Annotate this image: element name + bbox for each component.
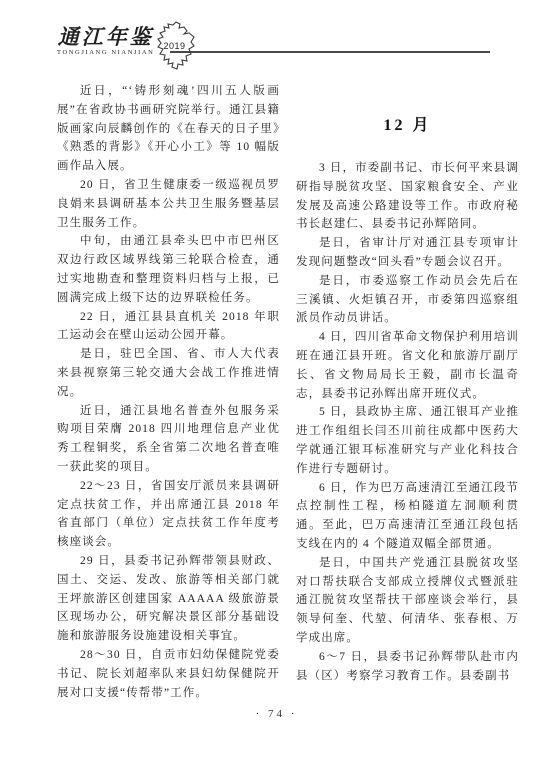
- yearbook-logo: 通江年鉴 TONGJIANG NIANJIAN 2019: [57, 26, 196, 71]
- county-map-outline-icon: 2019: [156, 21, 196, 71]
- paragraph: 近日，通江县地名普查外包服务采购项目荣膺 2018 四川地理信息产业优秀工程铜奖…: [57, 402, 280, 477]
- logo-text-block: 通江年鉴 TONGJIANG NIANJIAN: [57, 26, 154, 56]
- page-number: · 74 ·: [0, 708, 553, 720]
- paragraph: 28～30 日，自贡市妇幼保健院党委书记、院长刘超率队来县妇幼保健院开展对口支援…: [57, 646, 280, 702]
- paragraph: 6 日，作为巴万高速清江至通江段节点控制性工程，杨柏隧道左洞顺利贯通。至此，巴万…: [296, 479, 519, 554]
- paragraph: 22～23 日，省国安厅派员来县调研定点扶贫工作，并出席通江县 2018 年省直…: [57, 477, 280, 552]
- paragraph: 20 日，省卫生健康委一级巡视员罗良娟来县调研基本公共卫生服务暨基层卫生服务工作…: [57, 176, 280, 232]
- paragraph: 3 日，市委副书记、市长何平来县调研指导脱贫攻坚、国家粮食安全、产业发展及高速公…: [296, 159, 519, 234]
- paragraph: 近日，“‘铸形刻魂’四川五人版画展”在省政协书画研究院举行。通江县籍版画家向辰麟…: [57, 82, 280, 176]
- header-rule: [170, 51, 490, 53]
- paragraph: 中旬，由通江县牵头巴中市巴州区双边行政区域界线第三轮联合检查，通过实地勘查和整理…: [57, 232, 280, 307]
- yearbook-page: 通江年鉴 TONGJIANG NIANJIAN 2019 近日，“‘铸形刻魂’四…: [0, 0, 553, 778]
- paragraph: 4 日，四川省革命文物保护利用培训班在通江县开班。省文化和旅游厅副厅长、省文物局…: [296, 328, 519, 403]
- logo-subtitle: TONGJIANG NIANJIAN: [57, 49, 154, 56]
- paragraph: 29 日，县委书记孙辉带领县财政、国土、交运、发改、旅游等相关部门就王坪旅游区创…: [57, 552, 280, 646]
- paragraph: 是日，省审计厅对通江县专项审计发现问题整改“回头看”专题会议召开。: [296, 234, 519, 272]
- text-columns: 近日，“‘铸形刻魂’四川五人版画展”在省政协书画研究院举行。通江县籍版画家向辰麟…: [57, 82, 519, 702]
- right-column: 12 月 3 日，市委副书记、市长何平来县调研指导脱贫攻坚、国家粮食安全、产业发…: [296, 82, 519, 702]
- paragraph: 6～7 日，县委书记孙辉带队赴市内县（区）考察学习教育工作。县委副书: [296, 648, 519, 686]
- right-column-paragraphs: 3 日，市委副书记、市长何平来县调研指导脱贫攻坚、国家粮食安全、产业发展及高速公…: [296, 159, 519, 685]
- paragraph: 22 日，通江县县直机关 2018 年职工运动会在壁山运动公园开幕。: [57, 308, 280, 346]
- paragraph: 是日，中国共产党通江县脱贫攻坚对口帮扶联合支部成立授牌仪式暨派驻通江脱贫攻坚帮扶…: [296, 554, 519, 648]
- paragraph: 是日，驻巴全国、省、市人大代表来县视察第三轮交通大会战工作推进情况。: [57, 345, 280, 401]
- month-section-title: 12 月: [296, 112, 519, 135]
- paragraph: 是日，市委巡察工作动员会先后在三溪镇、火炬镇召开，市委第四巡察组派员作动员讲话。: [296, 272, 519, 328]
- logo-title: 通江年鉴: [58, 26, 154, 48]
- logo-year-badge: 2019: [163, 41, 185, 51]
- left-column: 近日，“‘铸形刻魂’四川五人版画展”在省政协书画研究院举行。通江县籍版画家向辰麟…: [57, 82, 280, 702]
- page-header: 通江年鉴 TONGJIANG NIANJIAN 2019: [0, 0, 553, 80]
- paragraph: 5 日，县政协主席、通江银耳产业推进工作组组长闫丕川前往成都中医药大学就通江银耳…: [296, 403, 519, 478]
